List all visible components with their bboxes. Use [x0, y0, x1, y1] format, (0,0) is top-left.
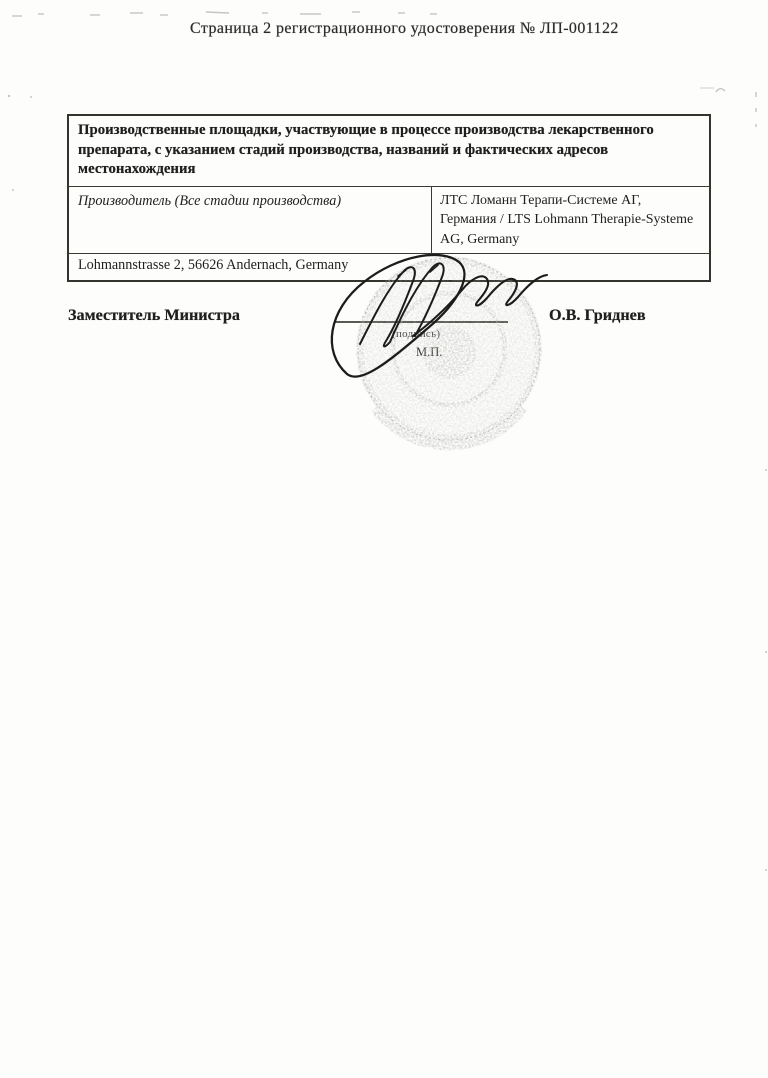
page-header: Страница 2 регистрационного удостоверени…: [190, 20, 619, 38]
table-row: Производитель (Все стадии производства) …: [69, 187, 709, 254]
scanned-document-page: Страница 2 регистрационного удостоверени…: [0, 0, 768, 1078]
producer-value-cell: ЛТС Ломанн Терапи-Системе АГ, Германия /…: [432, 187, 709, 253]
minister-title: Заместитель Министра: [68, 306, 240, 325]
producer-label-cell: Производитель (Все стадии производства): [69, 187, 432, 253]
address-cell: Lohmannstrasse 2, 56626 Andernach, Germa…: [69, 254, 709, 280]
signature-line: [335, 321, 508, 323]
signer-name: О.В. Гриднев: [549, 306, 646, 325]
table-header-cell: Производственные площадки, участвующие в…: [69, 116, 709, 187]
seal-caption: М.П.: [416, 345, 442, 360]
signature-caption: (подпись): [392, 328, 440, 340]
production-sites-table: Производственные площадки, участвующие в…: [67, 114, 711, 282]
official-stamp: [356, 256, 542, 445]
